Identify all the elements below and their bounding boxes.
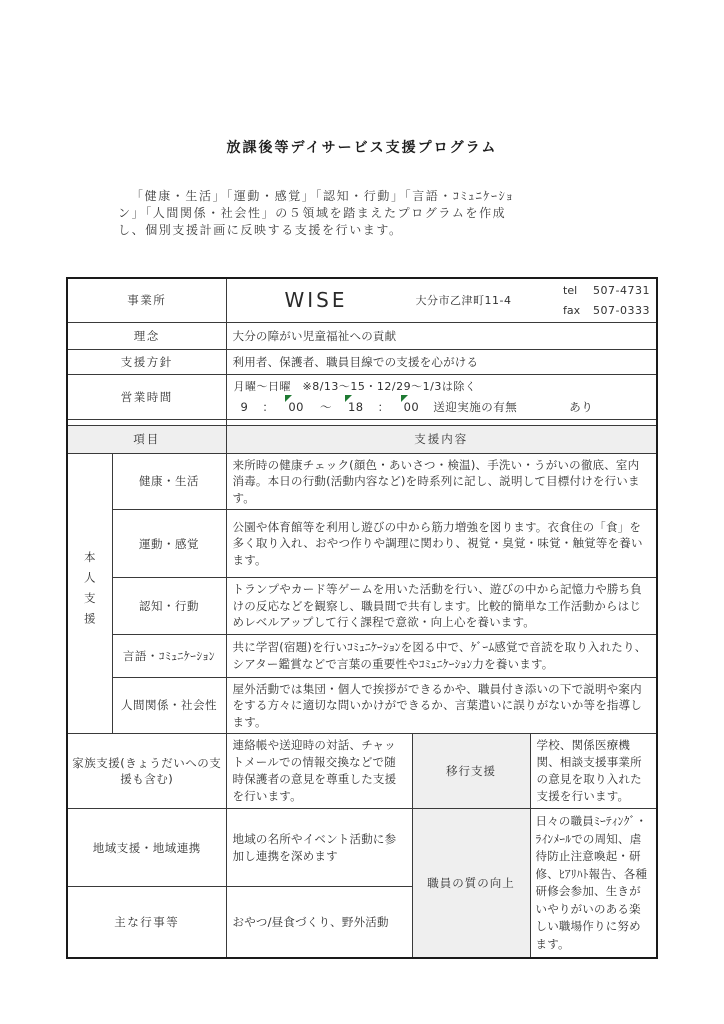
office-label: 事業所: [67, 278, 226, 322]
document-page: 放課後等デイサービス支援プログラム 「健康・生活」「運動・感覚」「認知・行動」「…: [0, 0, 724, 1024]
fax-label: fax: [563, 304, 593, 317]
personal-row-language: 言語・ｺﾐｭﾆｹｰｼｮﾝ 共に学習(宿題)を行いｺﾐｭﾆｹｰｼｮﾝを図る中で、ｹ…: [67, 634, 657, 677]
close-minute: 00: [404, 399, 420, 415]
hours-days: 月曜～日曜 ※8/13～15・12/29～1/3は除く: [233, 378, 651, 399]
policy-label: 支援方針: [67, 349, 226, 374]
tel-label: tel: [563, 284, 593, 297]
text-motor-sense: 公園や体育館等を利用し遊びの中から筋力増強を図ります。衣食住の「食」を多く取り入…: [226, 510, 657, 578]
personal-row-social: 人間関係・社会性 屋外活動では集団・個人で挨拶ができるかや、職員付き添いの下で説…: [67, 677, 657, 734]
text-health-life: 来所時の健康チェック(顔色・あいさつ・検温)、手洗い・うがいの徹底、室内消毒。本…: [226, 453, 657, 510]
section-header-row: 項目 支援内容: [67, 425, 657, 453]
time-tilde: ～: [320, 399, 332, 415]
hours-label: 営業時間: [67, 374, 226, 419]
pickup-label: 送迎実施の有無: [433, 399, 517, 415]
staff-quality-label: 職員の質の向上: [412, 809, 530, 959]
main-events-label: 主な行事等: [67, 887, 226, 958]
pickup-value: あり: [569, 399, 593, 415]
header-item: 項目: [67, 425, 226, 453]
family-support-text: 連絡帳や送迎時の対話、チャットメールでの情報交換などで随時保護者の意見を尊重した…: [226, 734, 412, 809]
fax-number: 507-0333: [593, 304, 650, 317]
intro-line-2: ン」「人間関係・社会性」の５領域を踏まえたプログラムを作成: [118, 205, 538, 222]
hours-time-line: 9 ： 00 ～ 18 ： 00 送迎実施の有無 あり: [233, 399, 651, 415]
office-address: 大分市乙津町11-4: [416, 292, 512, 308]
tel-number: 507-4731: [593, 284, 650, 297]
office-info-cell: WISE 大分市乙津町11-4 tel 507-4731 fax 507-033…: [226, 278, 657, 322]
policy-row: 支援方針 利用者、保護者、職員目線での支援を心がける: [67, 349, 657, 374]
intro-paragraph: 「健康・生活」「運動・感覚」「認知・行動」「言語・ｺﾐｭﾆｹｰｼｮ ン」「人間関…: [118, 188, 538, 239]
family-transition-row: 家族支援(きょうだいへの支援も含む) 連絡帳や送迎時の対話、チャットメールでの情…: [67, 734, 657, 809]
open-hour: 9: [241, 399, 249, 415]
close-hour: 18: [348, 399, 364, 415]
fax-line: fax 507-0333: [563, 304, 650, 317]
category-cognition-behavior: 認知・行動: [112, 578, 226, 635]
personal-row-health: 本人支援 健康・生活 来所時の健康チェック(顔色・あいさつ・検温)、手洗い・うが…: [67, 453, 657, 510]
community-support-label: 地域支援・地域連携: [67, 809, 226, 887]
category-health-life: 健康・生活: [112, 453, 226, 510]
category-relations-sociality: 人間関係・社会性: [112, 677, 226, 734]
personal-row-cognition: 認知・行動 トランプやカード等ゲームを用いた活動を行い、遊びの中から記憶力や勝ち…: [67, 578, 657, 635]
community-row: 地域支援・地域連携 地域の名所やイベント活動に参加し連携を深めます 職員の質の向…: [67, 809, 657, 887]
category-motor-sense: 運動・感覚: [112, 510, 226, 578]
tel-line: tel 507-4731: [563, 284, 650, 297]
green-flag-icon: [285, 395, 292, 402]
hours-cell: 月曜～日曜 ※8/13～15・12/29～1/3は除く 9 ： 00 ～ 18 …: [226, 374, 657, 419]
community-support-text: 地域の名所やイベント活動に参加し連携を深めます: [226, 809, 412, 887]
intro-line-1: 「健康・生活」「運動・感覚」「認知・行動」「言語・ｺﾐｭﾆｹｰｼｮ: [118, 188, 538, 205]
personal-support-label: 本人支援: [82, 551, 98, 633]
time-colon: ：: [262, 399, 274, 415]
header-content: 支援内容: [226, 425, 657, 453]
office-name: WISE: [285, 288, 348, 312]
text-relations-sociality: 屋外活動では集団・個人で挨拶ができるかや、職員付き添いの下で説明や案内をする方々…: [226, 677, 657, 734]
staff-quality-text: 日々の職員ﾐｰﾃｨﾝｸﾞ・ﾗｲﾝﾒｰﾙでの周知、虐待防止注意喚起・研修、ﾋｱﾘﾊ…: [530, 809, 657, 959]
office-telfax: tel 507-4731 fax 507-0333: [563, 284, 652, 317]
family-support-label: 家族支援(きょうだいへの支援も含む): [67, 734, 226, 809]
intro-line-3: し、個別支援計画に反映する支援を行います。: [118, 222, 538, 239]
hours-row: 営業時間 月曜～日曜 ※8/13～15・12/29～1/3は除く 9 ： 00 …: [67, 374, 657, 419]
open-minute: 00: [288, 399, 304, 415]
personal-row-motor: 運動・感覚 公園や体育館等を利用し遊びの中から筋力増強を図ります。衣食住の「食」…: [67, 510, 657, 578]
time-colon: ：: [378, 399, 390, 415]
policy-text: 利用者、保護者、職員目線での支援を心がける: [226, 349, 657, 374]
philosophy-row: 理念 大分の障がい児童福祉への貢献: [67, 322, 657, 349]
text-cognition-behavior: トランプやカード等ゲームを用いた活動を行い、遊びの中から記憶力や勝ち負けの反応な…: [226, 578, 657, 635]
green-flag-icon: [401, 395, 408, 402]
personal-support-label-cell: 本人支援: [67, 453, 112, 734]
philosophy-label: 理念: [67, 322, 226, 349]
office-row: 事業所 WISE 大分市乙津町11-4 tel 507-4731 fax 507…: [67, 278, 657, 322]
page-title: 放課後等デイサービス支援プログラム: [0, 137, 724, 157]
category-language-communication: 言語・ｺﾐｭﾆｹｰｼｮﾝ: [112, 634, 226, 677]
main-events-text: おやつ/昼食づくり、野外活動: [226, 887, 412, 958]
green-flag-icon: [345, 395, 352, 402]
transition-support-label: 移行支援: [412, 734, 530, 809]
program-table: 事業所 WISE 大分市乙津町11-4 tel 507-4731 fax 507…: [66, 277, 658, 959]
transition-support-text: 学校、関係医療機関、相談支援事業所の意見を取り入れた支援を行います。: [530, 734, 657, 809]
text-language-communication: 共に学習(宿題)を行いｺﾐｭﾆｹｰｼｮﾝを図る中で、ｹﾞｰﾑ感覚で音読を取り入れ…: [226, 634, 657, 677]
philosophy-text: 大分の障がい児童福祉への貢献: [226, 322, 657, 349]
